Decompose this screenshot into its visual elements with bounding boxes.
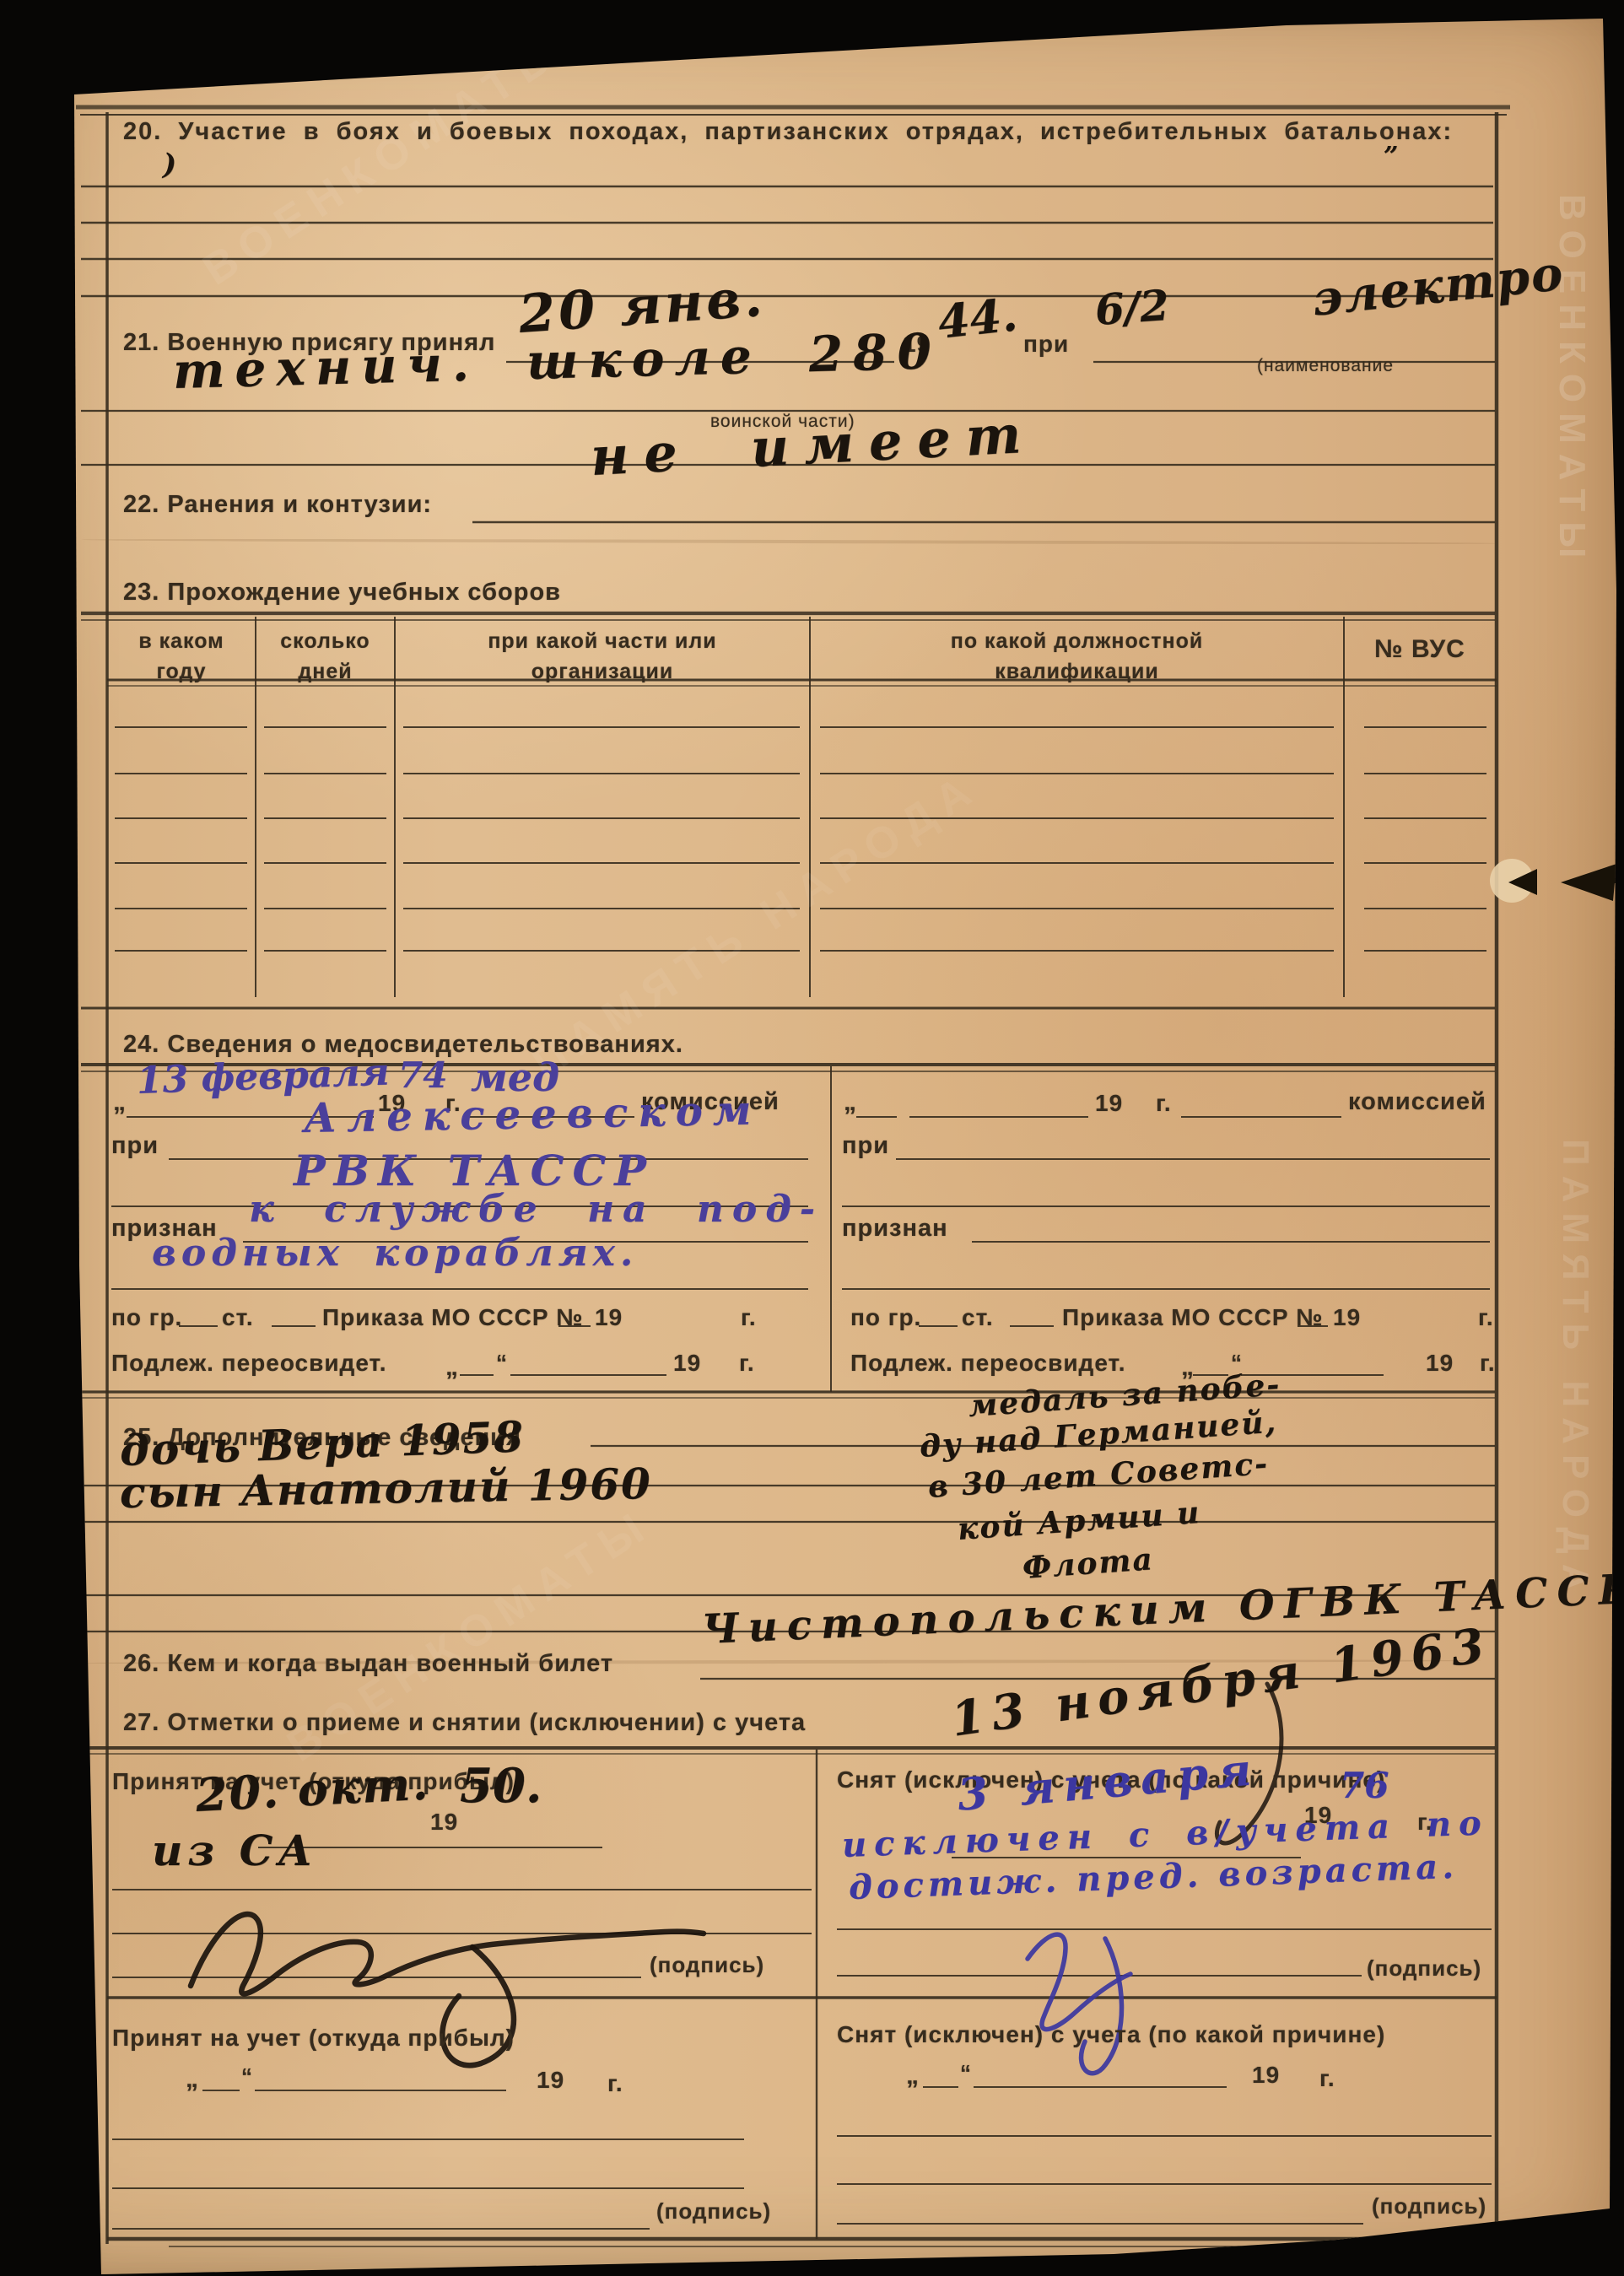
printed-year-19: 19 (595, 1304, 623, 1331)
table-header-vus: № ВУС (1344, 634, 1496, 665)
family-handwritten-2: сын Анатолий 1960 (119, 1459, 652, 1518)
podlezh-label: Подлеж. переосвидет. (850, 1350, 1126, 1377)
pri-label: при (842, 1132, 889, 1160)
quote-mark-close: “ (960, 2060, 972, 2086)
quote-mark-close: “ (241, 2063, 253, 2090)
prikaz-label: Приказа МО СССР № (322, 1304, 583, 1331)
printed-g: г. (1156, 1090, 1172, 1117)
section-22-label: 22. Ранения и контузии: (123, 491, 432, 519)
med-commission-handwritten-1: Алексеевском (304, 1087, 762, 1142)
printed-g: г. (1480, 1350, 1496, 1377)
podlezh-label: Подлеж. переосвидет. (111, 1350, 387, 1377)
priznan-label: признан (842, 1215, 948, 1243)
table-row-rules (115, 727, 1486, 951)
komissiey-label: комиссией (1348, 1088, 1486, 1116)
printed-year-19: 19 (673, 1350, 701, 1377)
quote-mark: „ (113, 1088, 127, 1117)
table-header-qualification: по какой должностнойквалификации (810, 626, 1344, 687)
signature-scribble-remove (1028, 1934, 1130, 2074)
podpis-label: (подпись) (1367, 1955, 1481, 1982)
printed-g: г. (739, 1350, 755, 1377)
reg-box3-rules (112, 2090, 744, 2229)
accept-year-handwritten: 50. (460, 1758, 542, 1814)
accept-from-handwritten: из СА (152, 1826, 317, 1875)
s24-right-rules (842, 1117, 1490, 1375)
section-20-label: 20. Участие в боях и боевых походах, пар… (123, 118, 1453, 146)
section-21-sublabel-1: (наименование (1257, 356, 1394, 376)
med-fitness-handwritten-2: водных кораблях. (152, 1232, 638, 1275)
prikaz-label: Приказа МО СССР № (1062, 1304, 1323, 1331)
table-header-unit: при какой части илиорганизации (395, 626, 810, 687)
section-20-mark-right: ” (1384, 142, 1398, 171)
printed-year-19: 19 (1333, 1304, 1361, 1331)
podpis-label: (подпись) (656, 2198, 771, 2225)
quote-mark: „ (844, 1088, 857, 1117)
printed-year-19: 19 (537, 2067, 564, 2094)
pri-label: при (111, 1132, 159, 1160)
st-label: ст. (222, 1304, 254, 1331)
section-26-label: 26. Кем и когда выдан военный билет (123, 1650, 613, 1678)
remove-year-handwritten: 76 (1340, 1765, 1389, 1806)
section-23-label: 23. Прохождение учебных сборов (123, 579, 561, 607)
s20-rules (81, 186, 1493, 296)
table-header-days: сколькодней (256, 626, 395, 687)
printed-year-19: 19 (1426, 1350, 1454, 1377)
section-21-pri-label: при (1023, 331, 1069, 358)
ink-arrow-marks (1490, 859, 1624, 903)
printed-g: г. (607, 2070, 623, 2097)
printed-year-19: 19 (1095, 1090, 1123, 1117)
st-label: ст. (962, 1304, 994, 1331)
scan-stage: ПАМЯТЬ НАРОДА ВОЕНКОМАТЫ ПАМЯТЬ НАРОДА В… (0, 0, 1624, 2276)
quote-mark: „ (906, 2062, 920, 2090)
printed-g: г. (1478, 1304, 1494, 1331)
printed-g: г. (741, 1304, 757, 1331)
watermark-pamyat-left: ПАМЯТЬ НАРОДА (3, 0, 49, 354)
printed-year-19: 19 (1252, 2062, 1280, 2089)
quote-mark: „ (445, 1353, 459, 1382)
table-header-year: в какомгоду (107, 626, 256, 687)
section-27-label: 27. Отметки о приеме и снятии (исключени… (123, 1709, 806, 1737)
po-gr-label: по гр. (850, 1304, 921, 1331)
paper: ПАМЯТЬ НАРОДА ВОЕНКОМАТЫ ПАМЯТЬ НАРОДА В… (0, 0, 1624, 2276)
med-fitness-handwritten-1: к службе на под- (249, 1188, 823, 1231)
quote-mark: „ (186, 2065, 199, 2094)
printed-year-19: 19 (430, 1809, 458, 1836)
oath-unit-handwritten-a: 6/2 (1093, 280, 1171, 335)
po-gr-label: по гр. (111, 1304, 182, 1331)
oath-year-handwritten: 44. (936, 287, 1020, 348)
podpis-label: (подпись) (1372, 2193, 1486, 2219)
podpis-label: (подпись) (650, 1952, 764, 1978)
remove-header: Снят (исключен) с учета (по какой причин… (837, 2021, 1385, 2048)
section-20-mark-left: ) (163, 148, 176, 181)
quote-mark-close: “ (496, 1350, 508, 1376)
accept-header: Принят на учет (откуда прибыл) (112, 2025, 515, 2052)
printed-g: г. (1319, 2065, 1335, 2092)
med-year-handwritten: 74 (398, 1054, 447, 1096)
